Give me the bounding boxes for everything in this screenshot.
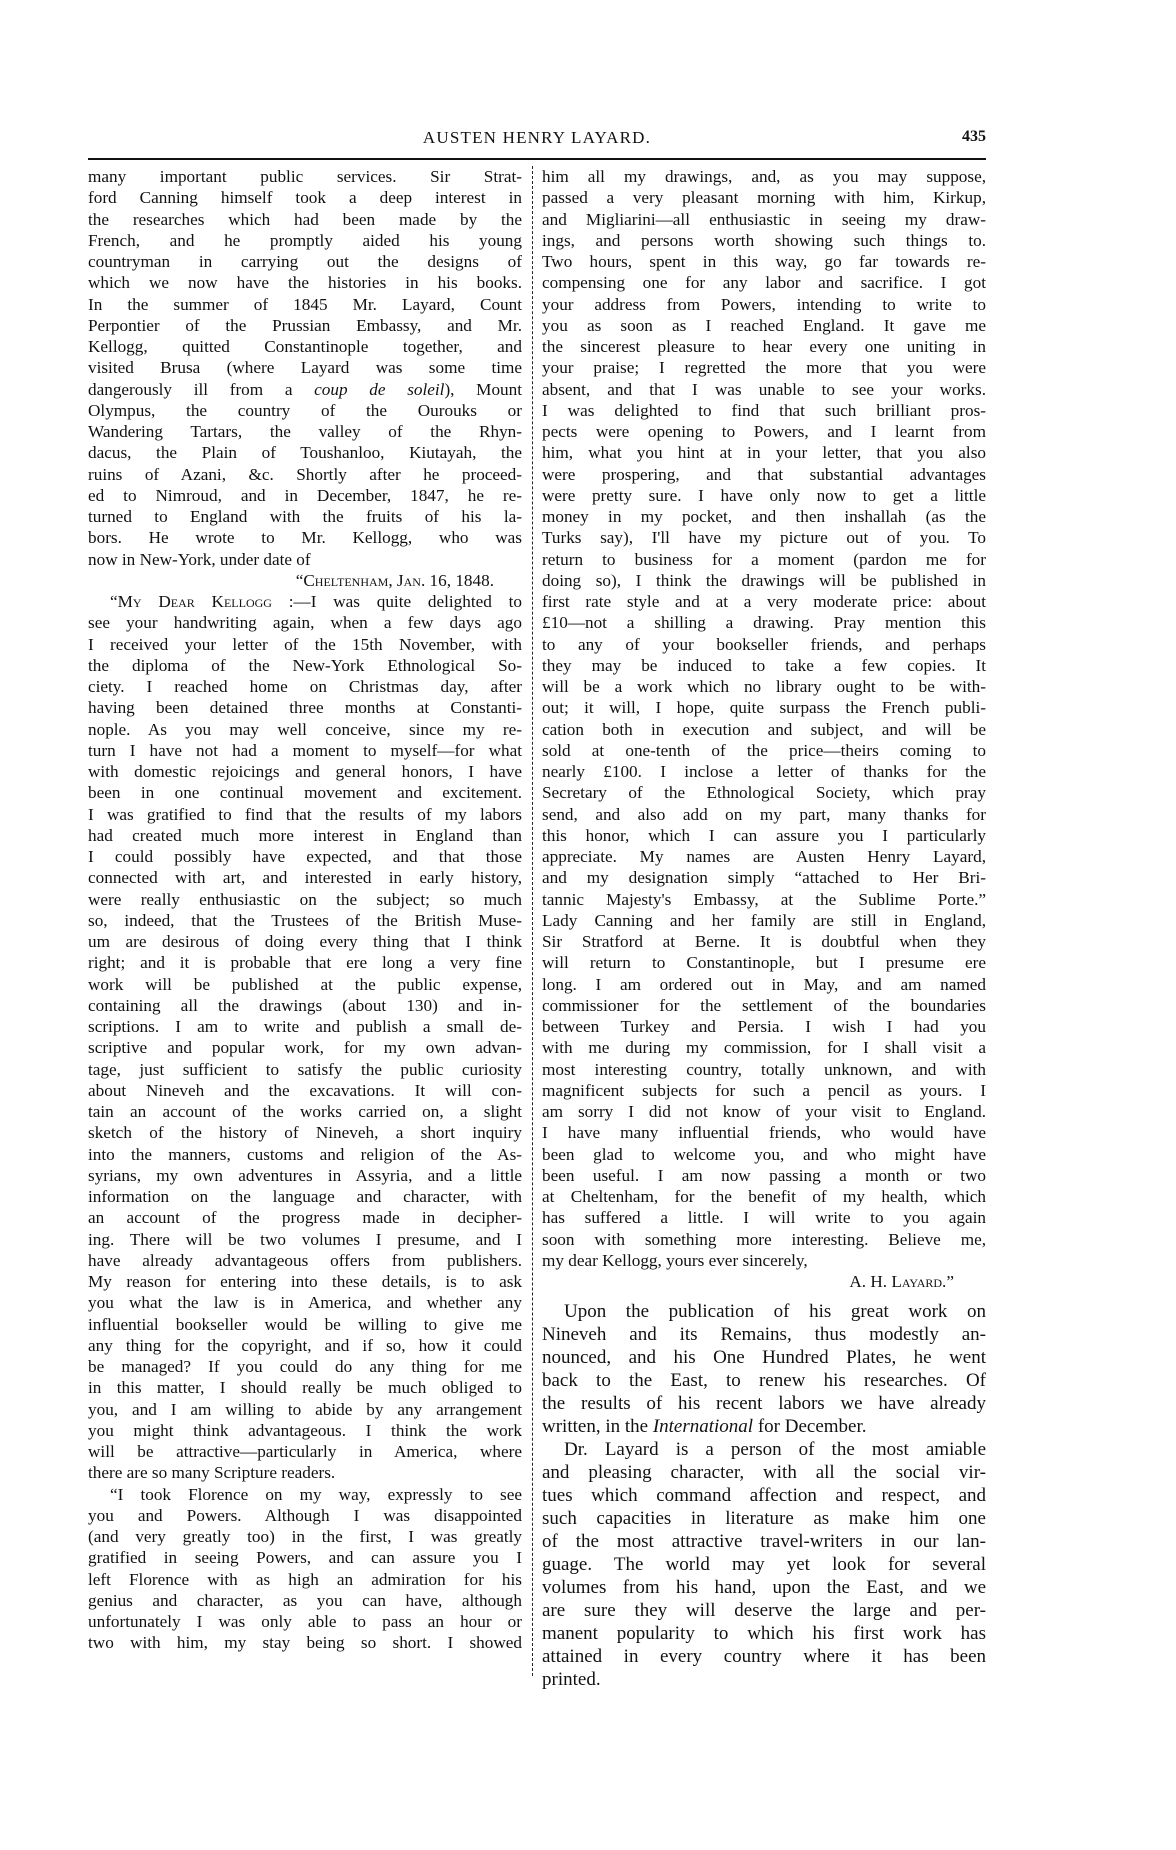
running-header: AUSTEN HENRY LAYARD. 435: [88, 128, 986, 152]
text-line: send, and also add on my part, many than…: [542, 804, 986, 825]
text-line: will be a work which no library ought to…: [542, 676, 986, 697]
document-page: AUSTEN HENRY LAYARD. 435 many important …: [0, 0, 1176, 1850]
text-line: were prospering, and that substantial ad…: [542, 464, 986, 485]
letter-signature: A. H. Layard.”: [542, 1271, 986, 1292]
page-number: 435: [962, 128, 986, 146]
text-line: the researches which had been made by th…: [88, 209, 522, 230]
text-line: I received your letter of the 15th Novem…: [88, 634, 522, 655]
text-line: manent popularity to which his first wor…: [542, 1622, 986, 1645]
text-line: your praise; I regretted the more that y…: [542, 357, 986, 378]
text-line: turn I have not had a moment to myself—f…: [88, 740, 522, 761]
text-line: genius and character, as you can have, a…: [88, 1590, 522, 1611]
text-line: which we now have the histories in his b…: [88, 272, 522, 293]
text-line: Secretary of the Ethnological Society, w…: [542, 782, 986, 803]
text-line: pects were opening to Powers, and I lear…: [542, 421, 986, 442]
text-line: I could possibly have expected, and that…: [88, 846, 522, 867]
header-rule: [88, 158, 986, 160]
text-line: guage. The world may yet look for severa…: [542, 1553, 986, 1576]
text-line: cation both in execution and subject, an…: [542, 719, 986, 740]
text-line: you might think advantageous. I think th…: [88, 1420, 522, 1441]
text-line: doing so), I think the drawings will be …: [542, 570, 986, 591]
column-divider: [532, 166, 534, 1676]
text-line: am sorry I did not know of your visit to…: [542, 1101, 986, 1122]
text-line: return to business for a moment (pardon …: [542, 549, 986, 570]
text-line: tain an account of the works carried on,…: [88, 1101, 522, 1122]
text-line: are sure they will deserve the large and…: [542, 1599, 986, 1622]
text-line: nearly £100. I inclose a letter of thank…: [542, 761, 986, 782]
text-line: um are desirous of doing every thing tha…: [88, 931, 522, 952]
text-line: having been detained three months at Con…: [88, 697, 522, 718]
text-line: with domestic rejoicings and general hon…: [88, 761, 522, 782]
text-line: In the summer of 1845 Mr. Layard, Count: [88, 294, 522, 315]
text-line: dacus, the Plain of Toushanloo, Kiutayah…: [88, 442, 522, 463]
text-line: Upon the publication of his great work o…: [542, 1300, 986, 1323]
text-line: gratified in seeing Powers, and can assu…: [88, 1547, 522, 1568]
text-line: you what the law is in America, and whet…: [88, 1292, 522, 1313]
text-line: at Cheltenham, for the benefit of my hea…: [542, 1186, 986, 1207]
text-line: my dear Kellogg, yours ever sincerely,: [542, 1250, 986, 1271]
text-line: between Turkey and Persia. I wish I had …: [542, 1016, 986, 1037]
closing-paragraph-2: Dr. Layard is a person of the most amiab…: [542, 1438, 986, 1691]
right-column: him all my drawings, and, as you may sup…: [542, 166, 986, 1691]
text-line: French, and he promptly aided his young: [88, 230, 522, 251]
text-line: been useful. I am now passing a month or…: [542, 1165, 986, 1186]
text-line: Two hours, spent in this way, go far tow…: [542, 251, 986, 272]
text-line: countryman in carrying out the designs o…: [88, 251, 522, 272]
text-line: magnificent subjects for such a pencil a…: [542, 1080, 986, 1101]
text-line: I was gratified to find that the results…: [88, 804, 522, 825]
text-line: sketch of the history of Nineveh, a shor…: [88, 1122, 522, 1143]
text-line: into the manners, customs and religion o…: [88, 1144, 522, 1165]
text-line: commissioner for the settlement of the b…: [542, 995, 986, 1016]
text-line: him, what you hint at in your letter, th…: [542, 442, 986, 463]
letter-dateline: “Cheltenham, Jan. 16, 1848.: [88, 570, 522, 591]
text-line: and pleasing character, with all the soc…: [542, 1461, 986, 1484]
text-line: right; and it is probable that ere long …: [88, 952, 522, 973]
text-line: him all my drawings, and, as you may sup…: [542, 166, 986, 187]
text-line: ed to Nimroud, and in December, 1847, he…: [88, 485, 522, 506]
text-line: ruins of Azani, &c. Shortly after he pro…: [88, 464, 522, 485]
text-line: left Florence with as high an admiration…: [88, 1569, 522, 1590]
text-line: I have many influential friends, who wou…: [542, 1122, 986, 1143]
closing-paragraph-1: Upon the publication of his great work o…: [542, 1300, 986, 1415]
text-line: be managed? If you could do any thing fo…: [88, 1356, 522, 1377]
text-line: My reason for entering into these detail…: [88, 1271, 522, 1292]
text-line: your address from Powers, intending to w…: [542, 294, 986, 315]
text-line: the diploma of the New-York Ethnological…: [88, 655, 522, 676]
text-line: two with him, my stay being so short. I …: [88, 1632, 522, 1653]
text-line: money in my pocket, and then inshallah (…: [542, 506, 986, 527]
text-line: tues which command affection and respect…: [542, 1484, 986, 1507]
text-line: tage, just sufficient to satisfy the pub…: [88, 1059, 522, 1080]
text-line: has suffered a little. I will write to y…: [542, 1207, 986, 1228]
closing-paragraph-1-last-line: written, in the International for Decemb…: [542, 1415, 986, 1438]
text-line: Kellogg, quitted Constantinople together…: [88, 336, 522, 357]
text-line: had created much more interest in Englan…: [88, 825, 522, 846]
text-line: and my designation simply “attached to H…: [542, 867, 986, 888]
text-line: syrians, my own adventures in Assyria, a…: [88, 1165, 522, 1186]
running-title: AUSTEN HENRY LAYARD.: [88, 128, 986, 148]
text-line: (and very greatly too) in the first, I w…: [88, 1526, 522, 1547]
intro-paragraph: many important public services. Sir Stra…: [88, 166, 522, 570]
text-line: Perpontier of the Prussian Embassy, and …: [88, 315, 522, 336]
text-line: will be attractive—particularly in Ameri…: [88, 1441, 522, 1462]
text-line: Olympus, the country of the Ourouks or: [88, 400, 522, 421]
text-line: absent, and that I was unable to see you…: [542, 379, 986, 400]
text-line: turned to England with the fruits of his…: [88, 506, 522, 527]
text-line: you, and I am willing to abide by any ar…: [88, 1399, 522, 1420]
text-line: dangerously ill from a coup de soleil), …: [88, 379, 522, 400]
text-line: this honor, which I can assure you I par…: [542, 825, 986, 846]
text-line: nople. As you may well conceive, since m…: [88, 719, 522, 740]
text-line: an account of the progress made in decip…: [88, 1207, 522, 1228]
text-line: there are so many Scripture readers.: [88, 1462, 522, 1483]
letter-paragraph-1: “My Dear Kellogg :—I was quite delighted…: [88, 591, 522, 1484]
text-line: Sir Stratford at Berne. It is doubtful w…: [542, 931, 986, 952]
text-line: will return to Constantinople, but I pre…: [542, 952, 986, 973]
text-line: to any of your bookseller friends, and p…: [542, 634, 986, 655]
text-line: ford Canning himself took a deep interes…: [88, 187, 522, 208]
text-line: were pretty sure. I have only now to get…: [542, 485, 986, 506]
text-line: many important public services. Sir Stra…: [88, 166, 522, 187]
text-line: been glad to welcome you, and who might …: [542, 1144, 986, 1165]
text-line: most interesting country, totally unknow…: [542, 1059, 986, 1080]
text-line: sold at one-tenth of the price—theirs co…: [542, 740, 986, 761]
text-line: printed.: [542, 1668, 986, 1691]
text-line: attained in every country where it has b…: [542, 1645, 986, 1668]
text-line: compensing one for any labor and sacrifi…: [542, 272, 986, 293]
text-line: soon with something more interesting. Be…: [542, 1229, 986, 1250]
text-line: you as soon as I reached England. It gav…: [542, 315, 986, 336]
text-line: out; it will, I hope, quite surpass the …: [542, 697, 986, 718]
text-line: bors. He wrote to Mr. Kellogg, who was: [88, 527, 522, 548]
text-line: back to the East, to renew his researche…: [542, 1369, 986, 1392]
text-line: scriptions. I am to write and publish a …: [88, 1016, 522, 1037]
text-line: work will be published at the public exp…: [88, 974, 522, 995]
text-line: volumes from his hand, upon the East, an…: [542, 1576, 986, 1599]
italic-title: International: [653, 1416, 753, 1437]
text-line: were really enthusiastic on the subject;…: [88, 889, 522, 910]
text-line: ings, and persons worth showing such thi…: [542, 230, 986, 251]
text-line: £10—not a shilling a drawing. Pray menti…: [542, 612, 986, 633]
text-line: Wandering Tartars, the valley of the Rhy…: [88, 421, 522, 442]
text-line: containing all the drawings (about 130) …: [88, 995, 522, 1016]
left-column: many important public services. Sir Stra…: [88, 166, 522, 1654]
text-line: in this matter, I should really be much …: [88, 1377, 522, 1398]
text-line: first rate style and at a very moderate …: [542, 591, 986, 612]
text-line: about Nineveh and the excavations. It wi…: [88, 1080, 522, 1101]
text-line: of the most attractive travel-writers in…: [542, 1530, 986, 1553]
text-line: such capacities in literature as make hi…: [542, 1507, 986, 1530]
text-line: scriptive and popular work, for my own a…: [88, 1037, 522, 1058]
text-line: Nineveh and its Remains, thus modestly a…: [542, 1323, 986, 1346]
text-line: visited Brusa (where Layard was some tim…: [88, 357, 522, 378]
text-line: nounced, and his One Hundred Plates, he …: [542, 1346, 986, 1369]
text-line: any thing for the copyright, and if so, …: [88, 1335, 522, 1356]
text-line: the results of his recent labors we have…: [542, 1392, 986, 1415]
text-line: unfortunately I was only able to pass an…: [88, 1611, 522, 1632]
text-line: you and Powers. Although I was disappoin…: [88, 1505, 522, 1526]
text-line: Turks say), I'll have my picture out of …: [542, 527, 986, 548]
text-line: ing. There will be two volumes I presume…: [88, 1229, 522, 1250]
text-line: the sincerest pleasure to hear every one…: [542, 336, 986, 357]
text-line: with me during my commission, for I shal…: [542, 1037, 986, 1058]
letter-paragraph-2: “I took Florence on my way, expressly to…: [88, 1484, 522, 1654]
text-line: connected with art, and interested in ea…: [88, 867, 522, 888]
text-line: information on the language and characte…: [88, 1186, 522, 1207]
text-line: “My Dear Kellogg :—I was quite delighted…: [88, 591, 522, 612]
text-line: see your handwriting again, when a few d…: [88, 612, 522, 633]
text-line: ciety. I reached home on Christmas day, …: [88, 676, 522, 697]
text-line: I was delighted to find that such brilli…: [542, 400, 986, 421]
text-line: passed a very pleasant morning with him,…: [542, 187, 986, 208]
text-line: and Migliarini—all enthusiastic in seein…: [542, 209, 986, 230]
text-line: so, indeed, that the Trustees of the Bri…: [88, 910, 522, 931]
text-line: now in New-York, under date of: [88, 549, 522, 570]
text-line: Lady Canning and her family are still in…: [542, 910, 986, 931]
text-line: influential bookseller would be willing …: [88, 1314, 522, 1335]
text-line: tannic Majesty's Embassy, at the Sublime…: [542, 889, 986, 910]
text-line: long. I am ordered out in May, and am na…: [542, 974, 986, 995]
text-line: “I took Florence on my way, expressly to…: [88, 1484, 522, 1505]
text-line: they may be induced to take a few copies…: [542, 655, 986, 676]
text-line: appreciate. My names are Austen Henry La…: [542, 846, 986, 867]
letter-continuation: him all my drawings, and, as you may sup…: [542, 166, 986, 1271]
text-line: have already advantageous offers from pu…: [88, 1250, 522, 1271]
text-line: been in one continual movement and excit…: [88, 782, 522, 803]
text-line: Dr. Layard is a person of the most amiab…: [542, 1438, 986, 1461]
